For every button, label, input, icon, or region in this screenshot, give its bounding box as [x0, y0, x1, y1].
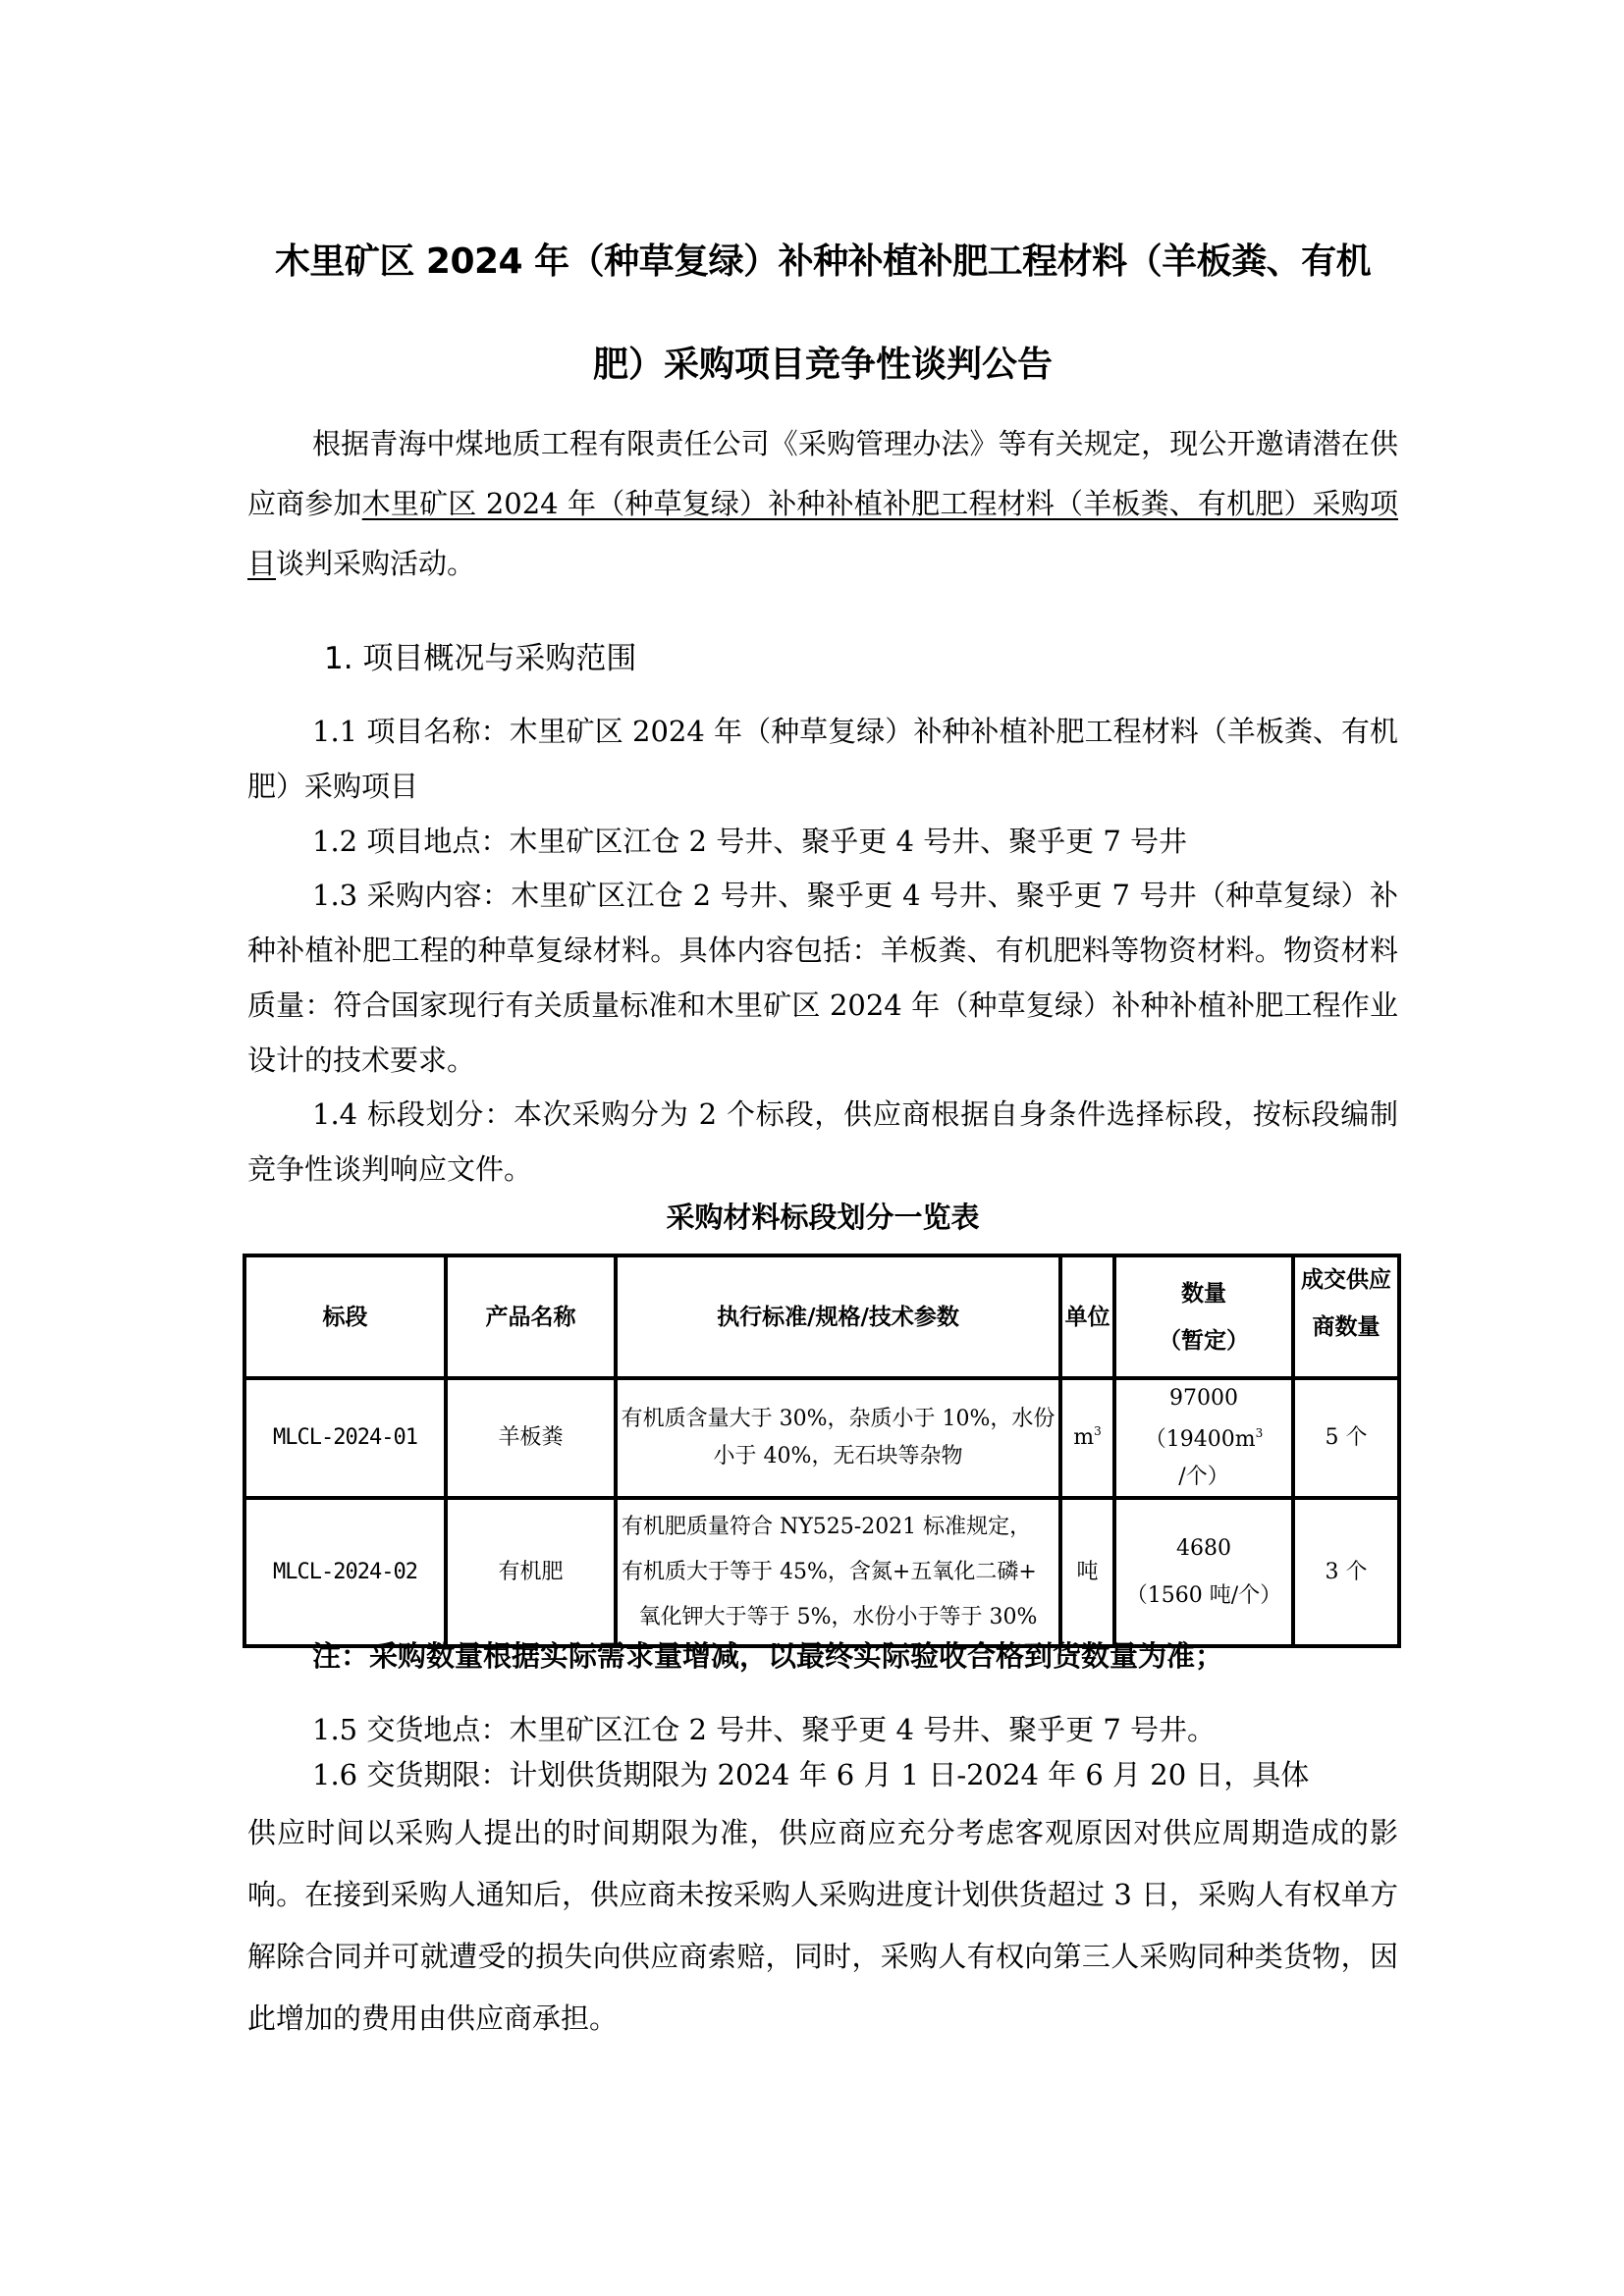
spec-line: 氧化钾大于等于 5%，水份小于等于 30% — [618, 1599, 1058, 1636]
table-note: 注：采购数量根据实际需求量增减，以最终实际验收合格到货数量为准； — [312, 1636, 1223, 1676]
item-1-6-first-line: 1.6 交货期限：计划供货期限为 2024 年 6 月 1 日-2024 年 6… — [247, 1747, 1398, 1802]
lot-division-table: 标段 产品名称 执行标准/规格/技术参数 单位 数量 （暂定） 成交供应 商数量… — [243, 1254, 1401, 1648]
cell-unit: m3 — [1060, 1378, 1114, 1498]
header-quantity-line1: 数量 — [1116, 1275, 1291, 1312]
cell-lot: MLCL-2024-01 — [244, 1378, 446, 1498]
title-line-1: 木里矿区 2024 年（种草复绿）补种补植补肥工程材料（羊板粪、有机 — [247, 210, 1398, 313]
unit-base: m — [1073, 1425, 1094, 1450]
header-supplier-line1: 成交供应 — [1295, 1261, 1397, 1299]
cell-product: 有机肥 — [446, 1498, 616, 1646]
cell-quantity: 97000 （19400m3 /个） — [1114, 1378, 1293, 1498]
cell-spec: 有机质含量大于 30%，杂质小于 10%，水份 小于 40%，无石块等杂物 — [616, 1378, 1060, 1498]
table-header-row: 标段 产品名称 执行标准/规格/技术参数 单位 数量 （暂定） 成交供应 商数量 — [244, 1255, 1399, 1378]
header-supplier-line2: 商数量 — [1295, 1308, 1397, 1346]
cell-supplier-count: 3 个 — [1293, 1498, 1399, 1646]
cell-lot: MLCL-2024-02 — [244, 1498, 446, 1646]
section-heading-1: 1. 项目概况与采购范围 — [324, 636, 636, 681]
header-quantity-line2: （暂定） — [1116, 1322, 1291, 1360]
quantity-value: 4680 — [1116, 1530, 1291, 1568]
spec-line: 有机质大于等于 45%，含氮+五氧化二磷+ — [618, 1554, 1058, 1591]
header-unit: 单位 — [1060, 1255, 1114, 1378]
item-1-3-procurement-content: 1.3 采购内容：木里矿区江仓 2 号井、聚乎更 4 号井、聚乎更 7 号井（种… — [247, 868, 1398, 1088]
quantity-value: 97000 — [1116, 1380, 1291, 1417]
item-1-2-project-location: 1.2 项目地点：木里矿区江仓 2 号井、聚乎更 4 号井、聚乎更 7 号井 — [247, 814, 1398, 869]
document-title: 木里矿区 2024 年（种草复绿）补种补植补肥工程材料（羊板粪、有机 肥）采购项… — [247, 210, 1398, 416]
header-lot: 标段 — [244, 1255, 446, 1378]
cell-quantity: 4680 （1560 吨/个） — [1114, 1498, 1293, 1646]
intro-paragraph: 根据青海中煤地质工程有限责任公司《采购管理办法》等有关规定，现公开邀请潜在供应商… — [247, 414, 1398, 594]
header-supplier-count: 成交供应 商数量 — [1293, 1255, 1399, 1378]
header-spec: 执行标准/规格/技术参数 — [616, 1255, 1060, 1378]
quantity-detail: （19400m3 /个） — [1116, 1421, 1291, 1496]
item-1-6-delivery-period: 1.6 交货期限：计划供货期限为 2024 年 6 月 1 日-2024 年 6… — [247, 1747, 1398, 2050]
table-caption: 采购材料标段划分一览表 — [247, 1198, 1398, 1237]
quantity-detail-prefix: （19400m — [1145, 1427, 1256, 1452]
item-1-1-project-name: 1.1 项目名称：木里矿区 2024 年（种草复绿）补种补植补肥工程材料（羊板粪… — [247, 704, 1398, 814]
cell-product: 羊板粪 — [446, 1378, 616, 1498]
unit-base: 吨 — [1076, 1560, 1098, 1584]
cell-unit: 吨 — [1060, 1498, 1114, 1646]
spec-line: 有机肥质量符合 NY525-2021 标准规定， — [618, 1509, 1058, 1546]
cell-supplier-count: 5 个 — [1293, 1378, 1399, 1498]
quantity-detail-superscript: 3 — [1256, 1426, 1264, 1440]
table-row: MLCL-2024-02 有机肥 有机肥质量符合 NY525-2021 标准规定… — [244, 1498, 1399, 1646]
unit-superscript: 3 — [1094, 1424, 1102, 1438]
intro-suffix: 谈判采购活动。 — [276, 547, 475, 580]
header-product: 产品名称 — [446, 1255, 616, 1378]
quantity-detail-suffix: /个） — [1178, 1465, 1228, 1489]
cell-spec: 有机肥质量符合 NY525-2021 标准规定， 有机质大于等于 45%，含氮+… — [616, 1498, 1060, 1646]
quantity-detail: （1560 吨/个） — [1116, 1577, 1291, 1615]
spec-line: 小于 40%，无石块等杂物 — [618, 1438, 1058, 1475]
spec-line: 有机质含量大于 30%，杂质小于 10%，水份 — [618, 1401, 1058, 1438]
header-quantity: 数量 （暂定） — [1114, 1255, 1293, 1378]
title-line-2: 肥）采购项目竞争性谈判公告 — [247, 313, 1398, 416]
table-row: MLCL-2024-01 羊板粪 有机质含量大于 30%，杂质小于 10%，水份… — [244, 1378, 1399, 1498]
item-1-4-lot-division: 1.4 标段划分：本次采购分为 2 个标段，供应商根据自身条件选择标段，按标段编… — [247, 1087, 1398, 1197]
item-1-6-continuation: 供应时间以采购人提出的时间期限为准，供应商应充分考虑客观原因对供应周期造成的影响… — [247, 1816, 1398, 2035]
